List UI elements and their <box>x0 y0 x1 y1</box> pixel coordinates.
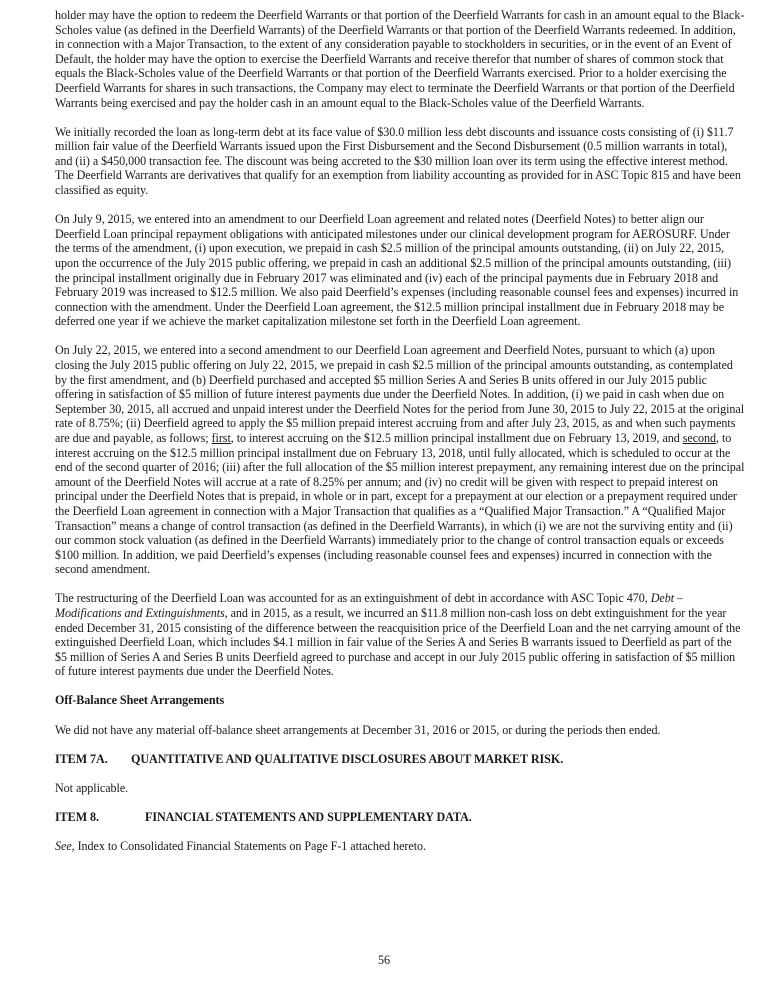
underlined-first: first <box>212 431 231 445</box>
text-segment: Index to Consolidated Financial Statemen… <box>75 839 426 853</box>
item-7a-text: Not applicable. <box>55 781 745 796</box>
paragraph-restructuring: The restructuring of the Deerfield Loan … <box>55 591 745 679</box>
item-8-number: ITEM 8. <box>55 810 145 825</box>
paragraph-second-amendment: On July 22, 2015, we entered into a seco… <box>55 343 745 577</box>
underlined-second: second <box>683 431 716 445</box>
paragraph-loan-recording: We initially recorded the loan as long-t… <box>55 125 745 198</box>
off-balance-heading: Off-Balance Sheet Arrangements <box>55 693 745 708</box>
paragraph-first-amendment: On July 9, 2015, we entered into an amen… <box>55 212 745 329</box>
item-8-heading: ITEM 8. FINANCIAL STATEMENTS AND SUPPLEM… <box>55 810 745 825</box>
item-7a-heading: ITEM 7A. QUANTITATIVE AND QUALITATIVE DI… <box>55 752 745 767</box>
item-7a-number: ITEM 7A. <box>55 752 131 767</box>
off-balance-text: We did not have any material off-balance… <box>55 723 745 738</box>
item-7a-title: QUANTITATIVE AND QUALITATIVE DISCLOSURES… <box>131 752 563 767</box>
item-8-text: See, Index to Consolidated Financial Sta… <box>55 839 745 854</box>
text-segment: On July 22, 2015, we entered into a seco… <box>55 343 744 445</box>
text-segment: , to interest accruing on the $12.5 mill… <box>55 431 744 576</box>
text-segment: , to interest accruing on the $12.5 mill… <box>231 431 683 445</box>
page-number: 56 <box>0 953 768 968</box>
text-segment: The restructuring of the Deerfield Loan … <box>55 591 651 605</box>
paragraph-warrant-redemption: holder may have the option to redeem the… <box>55 8 745 110</box>
see-italic: See, <box>55 839 75 853</box>
item-8-title: FINANCIAL STATEMENTS AND SUPPLEMENTARY D… <box>145 810 472 825</box>
document-page: holder may have the option to redeem the… <box>55 8 745 868</box>
